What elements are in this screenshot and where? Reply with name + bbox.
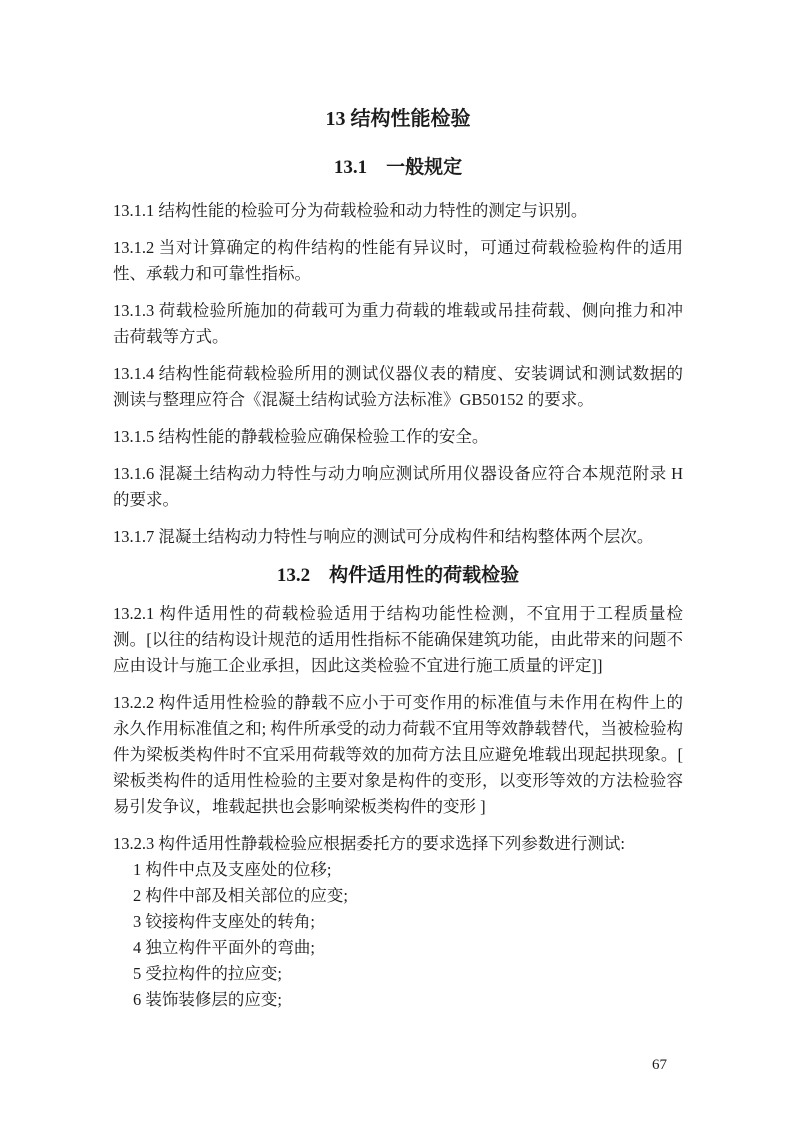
document-page: 13 结构性能检验 13.1 一般规定 13.1.1 结构性能的检验可分为荷载检… bbox=[0, 0, 794, 1123]
list-item-2: 2 构件中部及相关部位的应变; bbox=[133, 883, 683, 909]
page-number: 67 bbox=[652, 1056, 667, 1074]
clause-13-1-4: 13.1.4 结构性能荷载检验所用的测试仪器仪表的精度、安装调试和测试数据的测读… bbox=[113, 361, 683, 413]
clause-13-1-2: 13.1.2 当对计算确定的构件结构的性能有异议时，可通过荷载检验构件的适用性、… bbox=[113, 235, 683, 287]
clause-13-2-2: 13.2.2 构件适用性检验的静载不应小于可变作用的标准值与未作用在构件上的永久… bbox=[113, 690, 683, 820]
clause-13-1-5: 13.1.5 结构性能的静载检验应确保检验工作的安全。 bbox=[113, 424, 683, 450]
list-item-5: 5 受拉构件的拉应变; bbox=[133, 961, 683, 987]
clause-13-2-3-list: 1 构件中点及支座处的位移; 2 构件中部及相关部位的应变; 3 铰接构件支座处… bbox=[113, 857, 683, 1013]
list-item-1: 1 构件中点及支座处的位移; bbox=[133, 857, 683, 883]
chapter-title: 13 结构性能检验 bbox=[113, 104, 683, 134]
section-heading-13-2: 13.2 构件适用性的荷载检验 bbox=[113, 561, 683, 591]
section-heading-13-1: 13.1 一般规定 bbox=[113, 154, 683, 182]
clause-13-1-6: 13.1.6 混凝土结构动力特性与动力响应测试所用仪器设备应符合本规范附录 H … bbox=[113, 461, 683, 513]
clause-13-2-3: 13.2.3 构件适用性静载检验应根据委托方的要求选择下列参数进行测试: bbox=[113, 831, 683, 857]
clause-13-1-1: 13.1.1 结构性能的检验可分为荷载检验和动力特性的测定与识别。 bbox=[113, 198, 683, 224]
clause-13-1-7: 13.1.7 混凝土结构动力特性与响应的测试可分成构件和结构整体两个层次。 bbox=[113, 524, 683, 550]
clause-13-2-1: 13.2.1 构件适用性的荷载检验适用于结构功能性检测，不宜用于工程质量检测。[… bbox=[113, 601, 683, 679]
list-item-4: 4 独立构件平面外的弯曲; bbox=[133, 935, 683, 961]
list-item-3: 3 铰接构件支座处的转角; bbox=[133, 909, 683, 935]
clause-13-1-3: 13.1.3 荷载检验所施加的荷载可为重力荷载的堆载或吊挂荷载、侧向推力和冲击荷… bbox=[113, 298, 683, 350]
list-item-6: 6 装饰装修层的应变; bbox=[133, 987, 683, 1013]
